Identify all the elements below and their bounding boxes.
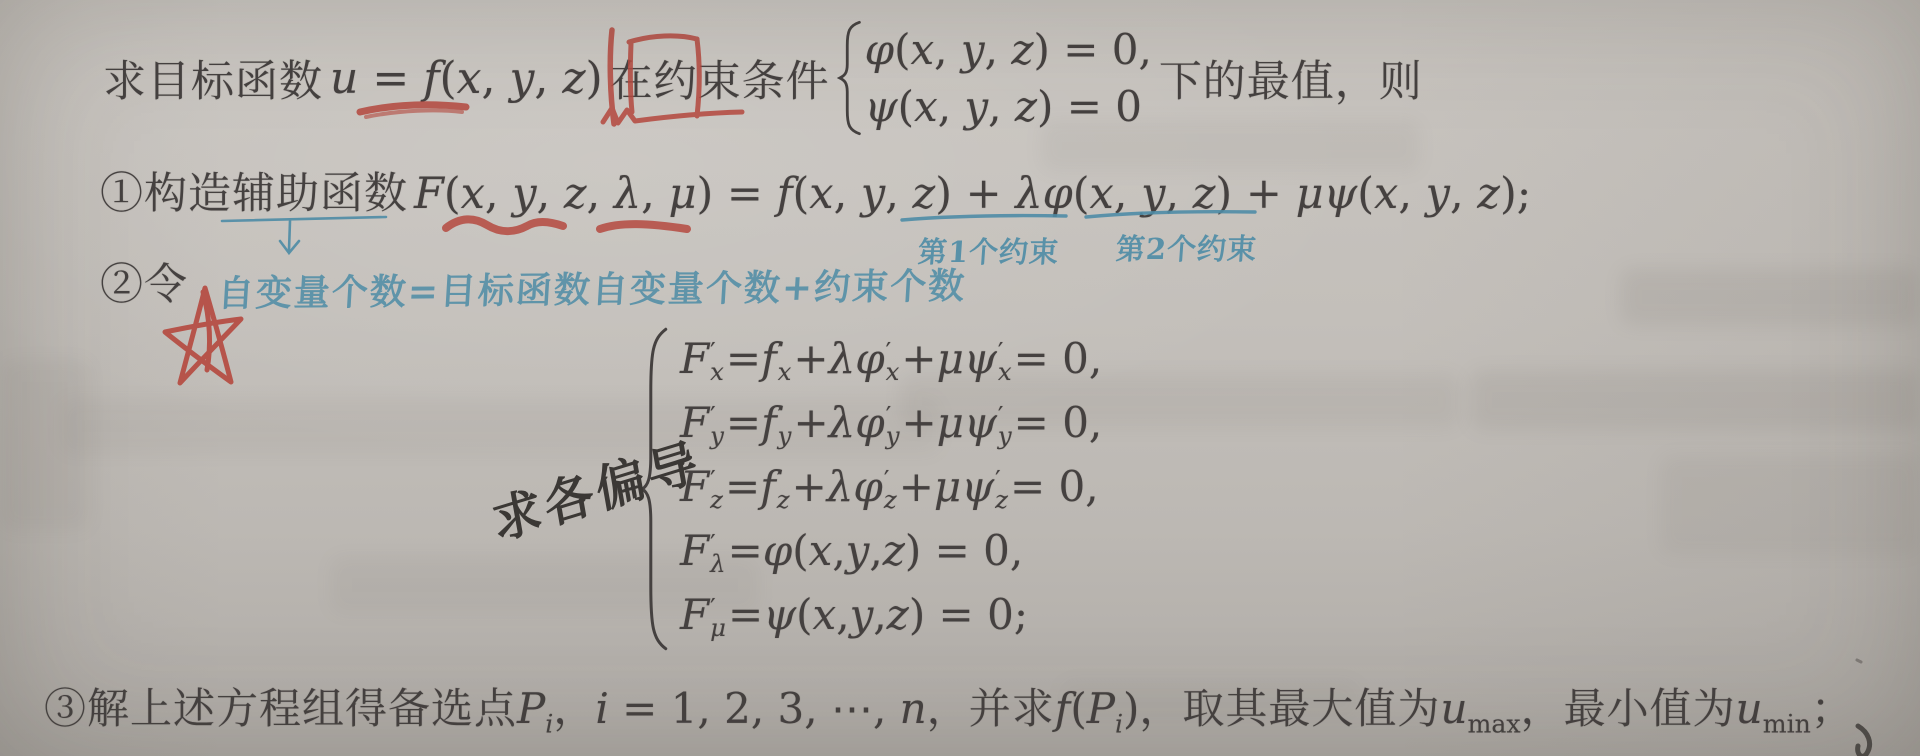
constraint-2: ψ(x, y, z) = 0 <box>865 78 1152 135</box>
bleedthrough-smudge <box>1620 268 1920 326</box>
auxiliary-function-formula: F(x, y, z, λ, μ) = f(x, y, z) + λφ(x, y,… <box>414 169 1531 219</box>
handwritten-first-constraint-label: 第1个约束 <box>917 230 1061 271</box>
textbook-photo: 求目标函数 u = f(x, y, z) 在约束条件 φ(x, y, z) = … <box>0 0 1920 756</box>
step3-text-3: ，取其最大值为 <box>1139 676 1440 736</box>
constraint-1: φ(x, y, z) = 0, <box>865 21 1152 78</box>
partial-derivative-system: F′x = f′x + λφ′x + μψ′x = 0, F′y = f′y +… <box>638 326 1102 652</box>
constraint-system: φ(x, y, z) = 0, ψ(x, y, z) = 0 <box>837 20 1152 136</box>
left-brace <box>837 20 865 136</box>
step1-line: ①构造辅助函数 F(x, y, z, λ, μ) = f(x, y, z) + … <box>100 160 1531 221</box>
stray-ink-mark <box>1857 660 1870 756</box>
step3-math-umax: umax <box>1440 684 1520 738</box>
step3-math-points: Pi，i = 1, 2, 3, ⋯, n， <box>517 676 969 738</box>
problem-statement-line: 求目标函数 u = f(x, y, z) 在约束条件 φ(x, y, z) = … <box>103 20 1423 136</box>
step3-math-fpi: f(Pi) <box>1055 684 1140 738</box>
equation-Fy: F′y = f′y + λφ′y + μψ′y = 0, <box>680 390 1102 454</box>
equation-Fmu: F′μ = ψ(x, y, z) = 0; <box>680 582 1102 646</box>
step3-line: ③解上述方程组得备选点 Pi，i = 1, 2, 3, ⋯, n， 并求 f(P… <box>44 676 1854 738</box>
step3-text-5: ； <box>1811 676 1854 736</box>
equation-Fx: F′x = f′x + λφ′x + μψ′x = 0, <box>680 326 1102 390</box>
step3-text-2: 并求 <box>969 676 1055 736</box>
step2-label: ②令 <box>100 260 188 310</box>
equation-Fz: F′z = f′z + λφ′z + μψ′z = 0, <box>680 454 1102 518</box>
step1-label: ①构造辅助函数 <box>100 160 408 221</box>
statement-middle: 在约束条件 <box>610 48 830 109</box>
statement-suffix: 下的最值，则 <box>1159 48 1423 109</box>
handwritten-variable-count-note: 自变量个数=目标函数自变量个数+约束个数 <box>217 258 968 317</box>
red-underline-xyz <box>446 219 563 231</box>
bleedthrough-smudge <box>1660 455 1920 555</box>
bleedthrough-smudge <box>0 360 90 530</box>
step2-line: ②令 <box>100 251 188 312</box>
statement-prefix: 求目标函数 <box>103 48 323 109</box>
red-underline-lambda-mu <box>600 224 687 229</box>
equation-Flambda: F′λ = φ(x, y, z) = 0, <box>680 518 1102 582</box>
teal-underline-auxiliary <box>222 217 386 253</box>
bleedthrough-smudge <box>1470 370 1920 430</box>
step3-text-4: ，最小值为 <box>1521 676 1736 736</box>
handwritten-second-constraint-label: 第2个约束 <box>1115 227 1259 268</box>
step3-math-umin: umin <box>1736 684 1811 738</box>
step3-text-1: ③解上述方程组得备选点 <box>44 676 517 736</box>
objective-function-formula: u = f(x, y, z) <box>330 53 603 104</box>
